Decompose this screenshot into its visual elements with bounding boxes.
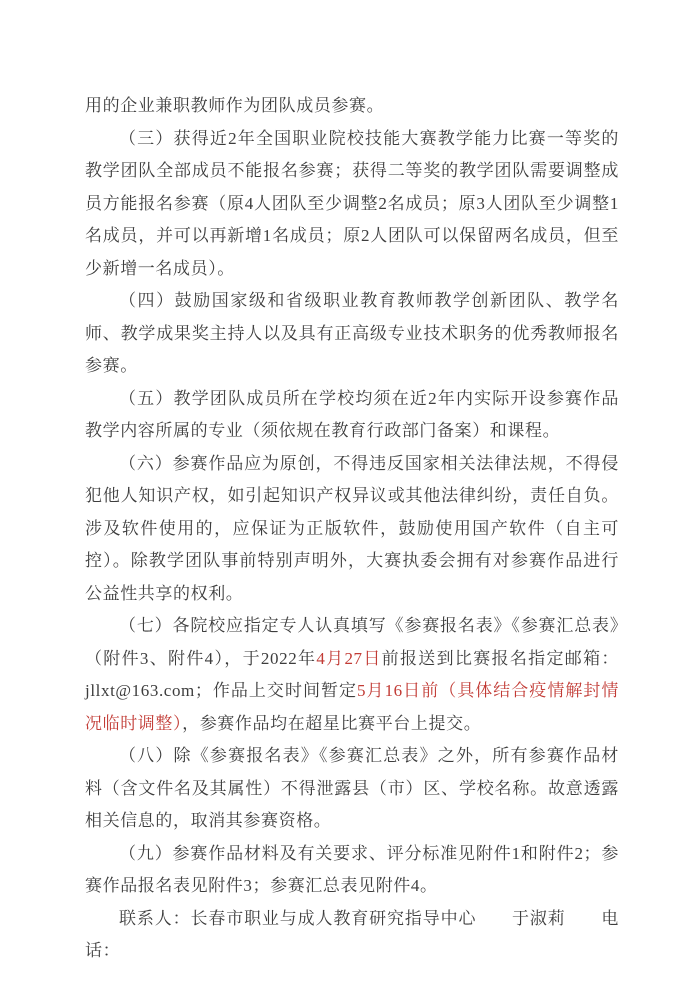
paragraph: （四）鼓励国家级和省级职业教育教师教学创新团队、教学名师、教学成果奖主持人以及具…	[85, 285, 619, 383]
paragraph: 联系人：长春市职业与成人教育研究指导中心 于淑莉 电话：	[85, 903, 619, 968]
text-run: （六）参赛作品应为原创，不得违反国家相关法律法规，不得侵犯他人知识产权，如引起知…	[85, 454, 619, 603]
text-run: （八）除《参赛报名表》《参赛汇总表》之外，所有参赛作品材料（含文件名及其属性）不…	[85, 746, 619, 830]
paragraph: （八）除《参赛报名表》《参赛汇总表》之外，所有参赛作品材料（含文件名及其属性）不…	[85, 740, 619, 838]
text-run: ，参赛作品均在超星比赛平台上提交。	[182, 714, 481, 733]
text-run: （三）获得近2年全国职业院校技能大赛教学能力比赛一等奖的教学团队全部成员不能报名…	[85, 129, 619, 278]
text-run: （四）鼓励国家级和省级职业教育教师教学创新团队、教学名师、教学成果奖主持人以及具…	[85, 291, 619, 375]
paragraph: 用的企业兼职教师作为团队成员参赛。	[85, 90, 619, 123]
paragraph: （九）参赛作品材料及有关要求、评分标准见附件1和附件2；参赛作品报名表见附件3；…	[85, 838, 619, 903]
paragraph: （五）教学团队成员所在学校均须在近2年内实际开设参赛作品教学内容所属的专业（须依…	[85, 383, 619, 448]
text-run: 用的企业兼职教师作为团队成员参赛。	[85, 96, 384, 115]
document-page: 用的企业兼职教师作为团队成员参赛。（三）获得近2年全国职业院校技能大赛教学能力比…	[0, 0, 700, 989]
paragraph: （七）各院校应指定专人认真填写《参赛报名表》《参赛汇总表》（附件3、附件4），于…	[85, 610, 619, 740]
text-run: 4月27日	[316, 649, 381, 668]
document-body: 用的企业兼职教师作为团队成员参赛。（三）获得近2年全国职业院校技能大赛教学能力比…	[85, 90, 619, 968]
text-run: 联系人：长春市职业与成人教育研究指导中心 于淑莉 电话：	[85, 909, 619, 961]
text-run: （九）参赛作品材料及有关要求、评分标准见附件1和附件2；参赛作品报名表见附件3；…	[85, 844, 619, 896]
paragraph: （六）参赛作品应为原创，不得违反国家相关法律法规，不得侵犯他人知识产权，如引起知…	[85, 448, 619, 611]
text-run: （五）教学团队成员所在学校均须在近2年内实际开设参赛作品教学内容所属的专业（须依…	[85, 389, 619, 441]
paragraph: （三）获得近2年全国职业院校技能大赛教学能力比赛一等奖的教学团队全部成员不能报名…	[85, 123, 619, 286]
